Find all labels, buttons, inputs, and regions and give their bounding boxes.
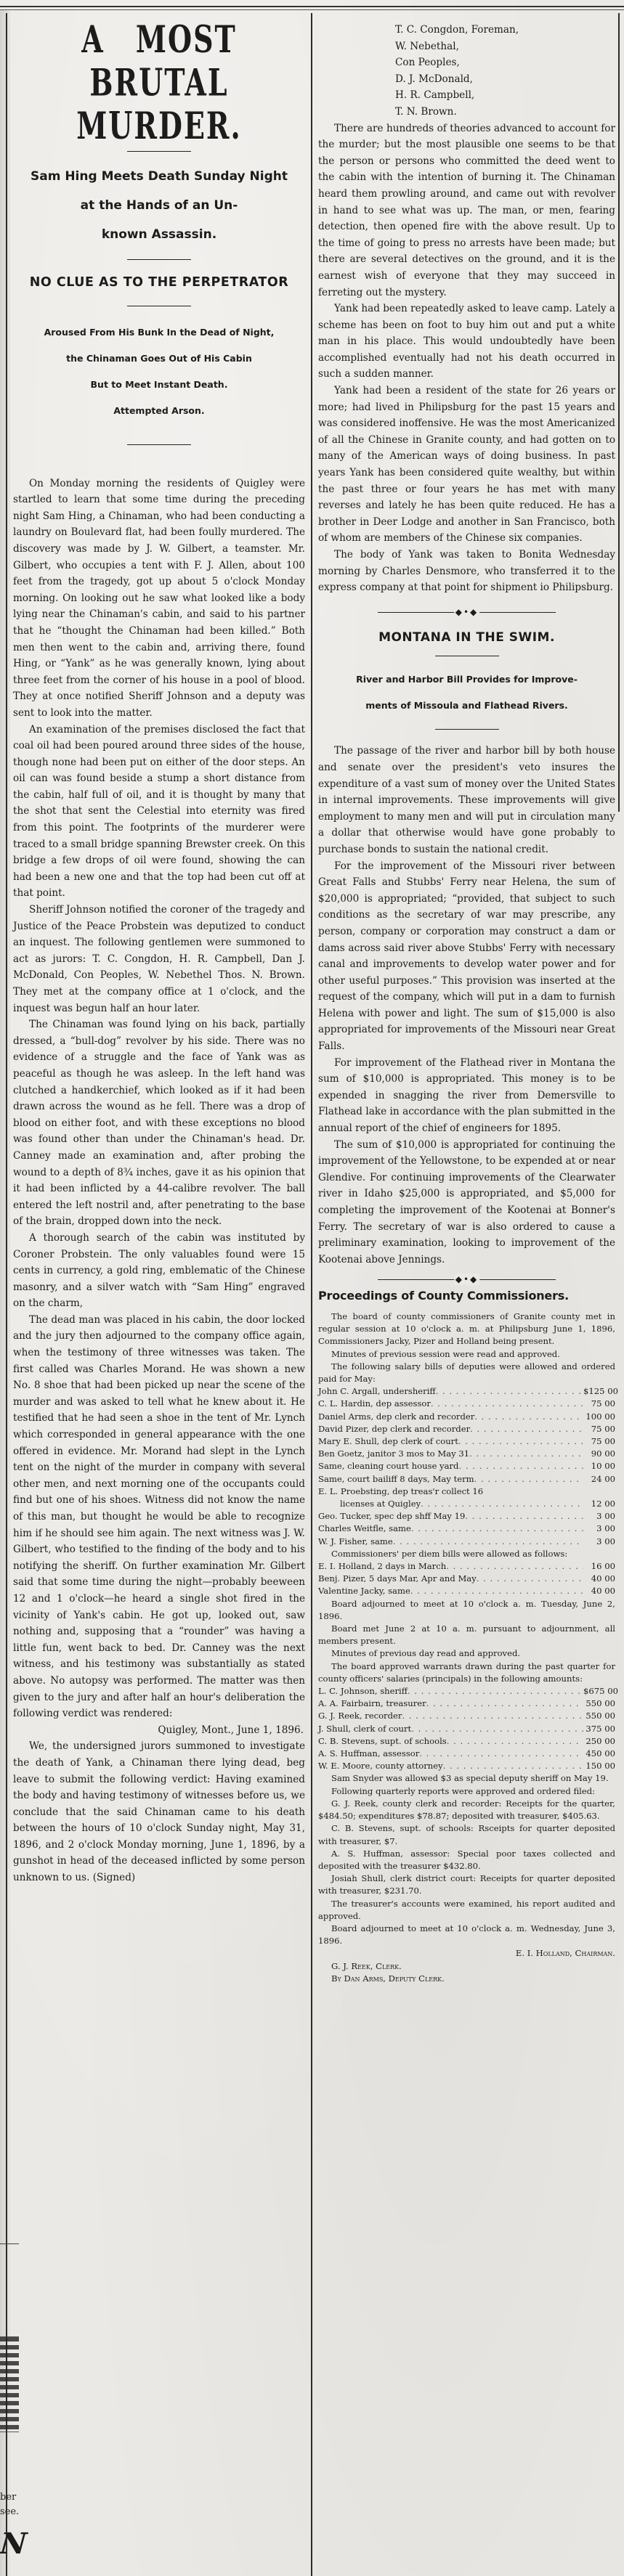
ledger-row: Valentine Jacky, same40 00 [318, 1585, 615, 1597]
proc-paragraph: Following quarterly reports were approve… [318, 1785, 615, 1798]
top-rule [0, 6, 624, 10]
article-paragraph: Sheriff Johnson notified the coroner of … [13, 902, 305, 1016]
ledger-row: John C. Argall, undersheriff$125 00 [318, 1385, 615, 1398]
margin-fragment: ber [0, 2490, 16, 2505]
ornament-divider-icon: ◆•◆ [378, 1276, 556, 1284]
ledger-row: E. I. Holland, 2 days in March16 00 [318, 1560, 615, 1573]
jury-signers: T. C. Congdon, Foreman, W. Nebethal, Con… [318, 22, 615, 121]
signer-name: H. R. Campbell, [395, 87, 615, 104]
subdeck-line: Attempted Arson. [13, 398, 305, 424]
deck-line: at the Hands of an Un- [13, 191, 305, 220]
headline-montana: MONTANA IN THE SWIM. [318, 629, 615, 646]
left-gutter [0, 10, 10, 2576]
proc-paragraph: Josiah Shull, clerk district court: Rece… [318, 1872, 615, 1897]
verdict-text: We, the undersigned jurors summoned to i… [13, 1738, 305, 1886]
subdeck-line: Aroused From His Bunk In the Dead of Nig… [13, 319, 305, 346]
article-paragraph: A thorough search of the cabin was insti… [13, 1230, 305, 1312]
signature-deputy: By Dan Arms, Deputy Clerk. [318, 1973, 615, 1985]
deck-line: known Assassin. [13, 220, 305, 249]
article-paragraph: The sum of $10,000 is appropriated for c… [318, 1137, 615, 1268]
divider [435, 656, 499, 656]
article-paragraph: The dead man was placed in his cabin, th… [13, 1312, 305, 1722]
ledger-row: licenses at Quigley12 00 [318, 1498, 615, 1510]
ornament-divider-icon: ◆•◆ [378, 609, 556, 616]
ledger-row: G. J. Reek, recorder550 00 [318, 1710, 615, 1722]
officer-salaries-ledger: L. C. Johnson, sheriff$675 00 A. A. Fair… [318, 1685, 615, 1772]
per-diem-ledger: E. I. Holland, 2 days in March16 00 Benj… [318, 1560, 615, 1598]
divider [127, 306, 191, 306]
article-paragraph: For the improvement of the Missouri rive… [318, 858, 615, 1055]
ledger-row: E. L. Proebsting, dep treas'r collect 16 [318, 1485, 615, 1498]
divider [127, 444, 191, 445]
signer-name: W. Nebethal, [395, 38, 615, 55]
article-paragraph: An examination of the premises disclosed… [13, 722, 305, 902]
column-rule-left [6, 13, 7, 2576]
signer-name: T. C. Congdon, Foreman, [395, 22, 615, 38]
ledger-row: Ben Goetz, janitor 3 mos to May 3190 00 [318, 1448, 615, 1460]
article-paragraph: There are hundreds of theories advanced … [318, 121, 615, 301]
commissioners-body: The board of county commissioners of Gra… [318, 1311, 615, 1985]
proc-paragraph: Minutes of previous session were read an… [318, 1348, 615, 1361]
deck-line: Sam Hing Meets Death Sunday Night [13, 162, 305, 191]
column-right: T. C. Congdon, Foreman, W. Nebethal, Con… [318, 22, 615, 1985]
headline-murder: A MOST BRUTAL MURDER. [13, 18, 305, 147]
ledger-row: David Pizer, dep clerk and recorder75 00 [318, 1423, 615, 1435]
proc-paragraph: Board adjourned to meet at 10 o'clock a.… [318, 1923, 615, 1947]
deck-murder: Sam Hing Meets Death Sunday Night at the… [13, 162, 305, 249]
column-left: A MOST BRUTAL MURDER. Sam Hing Meets Dea… [13, 13, 305, 1886]
ledger-row: Benj. Pizer, 5 days Mar, Apr and May40 0… [318, 1573, 615, 1585]
article-paragraph: On Monday morning the residents of Quigl… [13, 476, 305, 722]
divider [127, 151, 191, 152]
salary-bills-ledger: John C. Argall, undersheriff$125 00 C. L… [318, 1385, 615, 1548]
proc-paragraph: A. S. Huffman, assessor: Special poor ta… [318, 1848, 615, 1872]
margin-fragment: see. [0, 2505, 19, 2519]
ledger-row: Geo. Tucker, spec dep shff May 193 00 [318, 1510, 615, 1523]
margin-ornament-icon [0, 2336, 19, 2432]
divider [435, 729, 499, 730]
signer-name: D. J. McDonald, [395, 71, 615, 88]
article-paragraph: For improvement of the Flathead river in… [318, 1055, 615, 1137]
signer-name: T. N. Brown. [395, 104, 615, 121]
ledger-row: C. L. Hardin, dep assessor75 00 [318, 1398, 615, 1410]
ledger-row: W. J. Fisher, same3 00 [318, 1536, 615, 1548]
verdict-dateline: Quigley, Mont., June 1, 1896. [13, 1722, 305, 1739]
ledger-row: A. S. Huffman, assessor450 00 [318, 1748, 615, 1760]
margin-fragment-letter: N [0, 2527, 31, 2561]
proc-paragraph: Sam Snyder was allowed $3 as special dep… [318, 1772, 615, 1785]
ledger-row: L. C. Johnson, sheriff$675 00 [318, 1685, 615, 1697]
ledger-row: J. Shull, clerk of court375 00 [318, 1723, 615, 1735]
proc-paragraph: C. B. Stevens, supt. of schools: Rsceipt… [318, 1822, 615, 1847]
proc-paragraph: G. J. Reek, county clerk and recorder: R… [318, 1798, 615, 1822]
ledger-row: Charles Weitfle, same3 00 [318, 1523, 615, 1535]
ledger-row: A. A. Fairbairn, treasurer550 00 [318, 1697, 615, 1710]
ledger-row: Daniel Arms, dep clerk and recorder100 0… [318, 1411, 615, 1423]
signer-name: Con Peoples, [395, 54, 615, 71]
deck-montana: River and Harbor Bill Provides for Impro… [318, 667, 615, 719]
divider [127, 259, 191, 260]
proc-paragraph: Board adjourned to meet at 10 o'clock a.… [318, 1598, 615, 1623]
ledger-row: Same, court bailiff 8 days, May term24 0… [318, 1473, 615, 1485]
ledger-row: Same, cleaning court house yard10 00 [318, 1460, 615, 1472]
proc-paragraph: The treasurer's accounts were examined, … [318, 1898, 615, 1923]
column-rule-right [618, 13, 620, 812]
column-rule-middle [311, 13, 312, 2576]
kicker-murder: NO CLUE AS TO THE PERPETRATOR [13, 274, 305, 291]
article-paragraph: The body of Yank was taken to Bonita Wed… [318, 547, 615, 596]
subdeck-murder: Aroused From His Bunk In the Dead of Nig… [13, 319, 305, 424]
subdeck-line: the Chinaman Goes Out of His Cabin [13, 346, 305, 372]
margin-rule [0, 2243, 19, 2244]
article-paragraph: Yank had been repeatedly asked to leave … [318, 301, 615, 383]
proc-paragraph: The board of county commissioners of Gra… [318, 1311, 615, 1348]
ledger-row: C. B. Stevens, supt. of schools250 00 [318, 1735, 615, 1748]
proc-paragraph: The board approved warrants drawn during… [318, 1660, 615, 1685]
proc-paragraph: The following salary bills of deputies w… [318, 1361, 615, 1385]
proc-paragraph: Commissioners' per diem bills were allow… [318, 1548, 615, 1560]
ledger-row: W. E. Moore, county attorney150 00 [318, 1760, 615, 1772]
article-paragraph: Yank had been a resident of the state fo… [318, 383, 615, 547]
article-paragraph: The Chinaman was found lying on his back… [13, 1016, 305, 1230]
ledger-row: Mary E. Shull, dep clerk of court75 00 [318, 1435, 615, 1448]
deck-line: River and Harbor Bill Provides for Impro… [318, 667, 615, 693]
article-paragraph: The passage of the river and harbor bill… [318, 743, 615, 857]
proc-paragraph: Board met June 2 at 10 a. m. pursuant to… [318, 1623, 615, 1647]
signature-chairman: E. I. Holland, Chairman. [318, 1947, 615, 1960]
proc-paragraph: Minutes of previous day read and approve… [318, 1647, 615, 1660]
headline-commissioners: Proceedings of County Commissioners. [318, 1288, 615, 1305]
newspaper-page: ber see. N A MOST BRUTAL MURDER. Sam Hin… [0, 0, 624, 2576]
subdeck-line: But to Meet Instant Death. [13, 372, 305, 398]
deck-line: ments of Missoula and Flathead Rivers. [318, 693, 615, 719]
signature-clerk: G. J. Reek, Clerk. [318, 1960, 615, 1973]
